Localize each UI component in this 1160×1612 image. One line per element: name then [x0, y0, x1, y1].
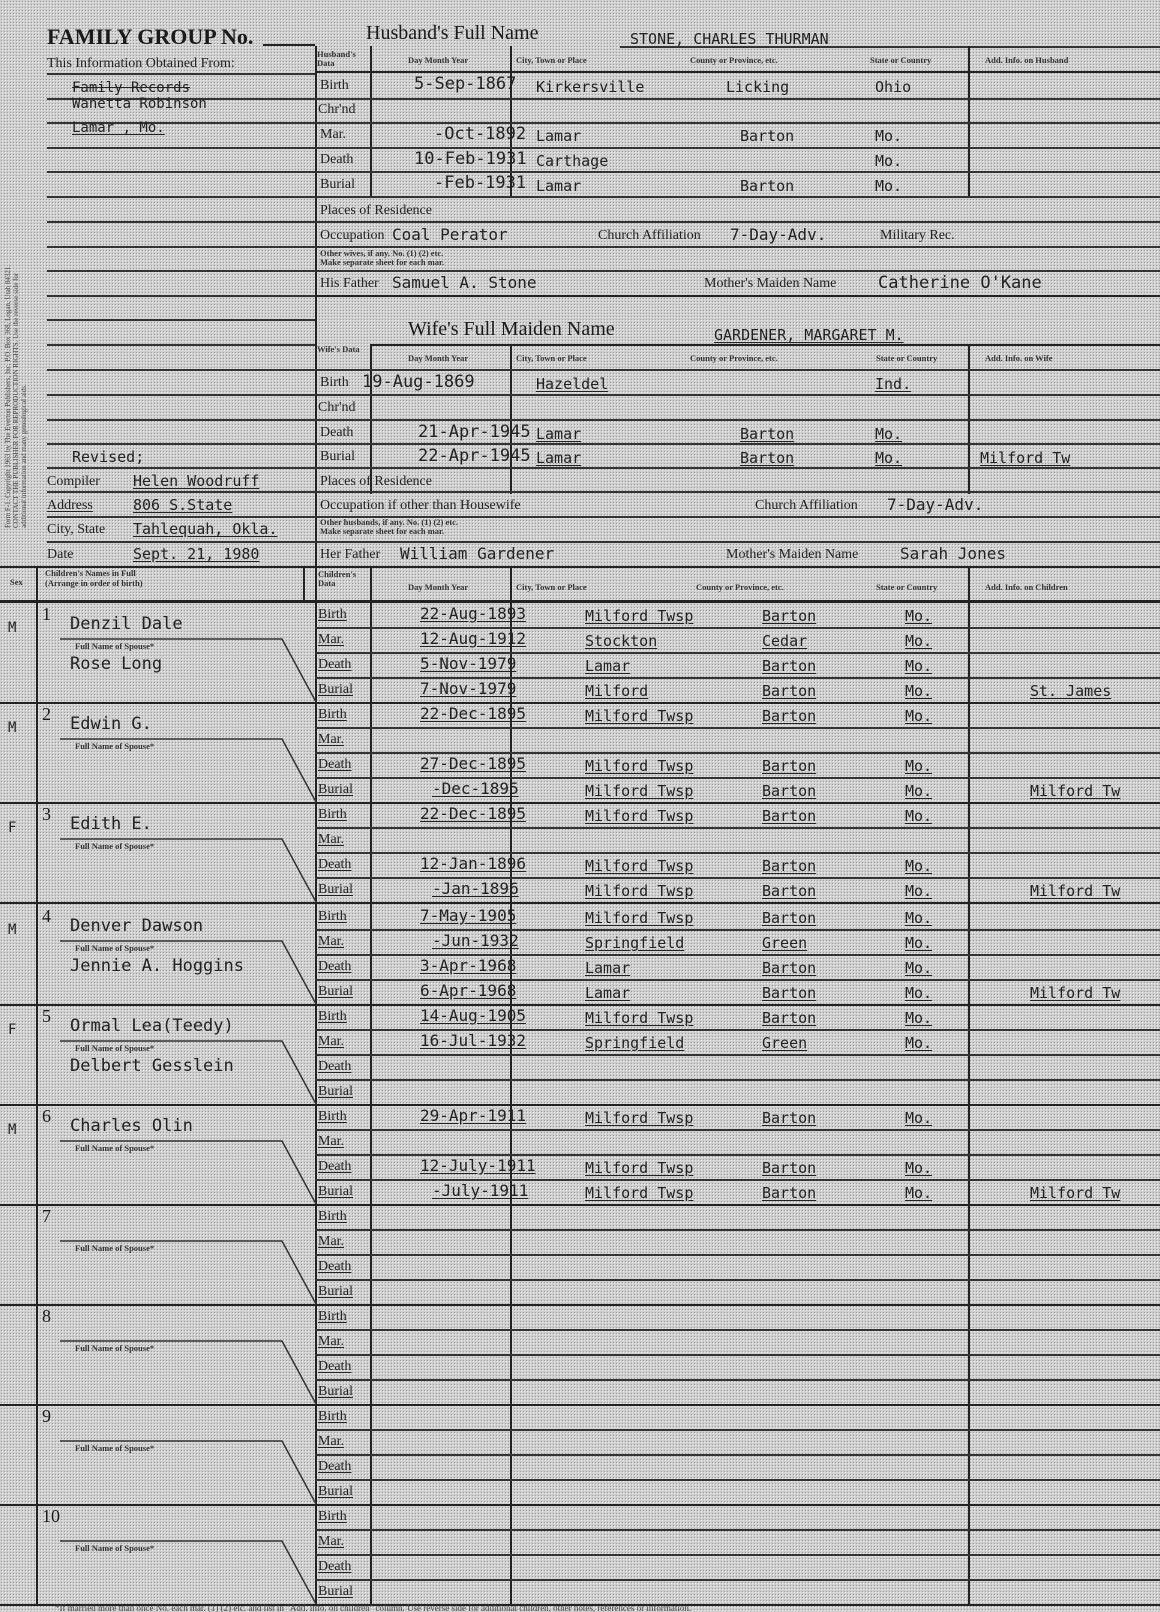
child-event-state: Mo. [905, 1184, 932, 1202]
child-number: 8 [42, 1306, 51, 1327]
child-event-city: Stockton [585, 632, 657, 650]
city-state-label: City, State [47, 522, 105, 538]
children-label-col [370, 566, 372, 1606]
event-date: 19-Aug-1869 [362, 372, 475, 392]
child-name: Denzil Dale [70, 614, 183, 634]
children-names-right [303, 566, 305, 602]
publisher-side-note: Form F-1. Copyright 1963 by The Everton … [4, 258, 44, 528]
event-label: Chr'nd [318, 102, 356, 118]
form-title: FAMILY GROUP No. [47, 24, 253, 50]
child-event-city: Milford Twsp [585, 1184, 693, 1202]
event-label: Mar. [320, 127, 346, 143]
event-state: Ind. [875, 375, 911, 393]
event-city: Kirkersville [536, 78, 644, 96]
child-event-label: Death [318, 1359, 351, 1375]
event-county: Barton [740, 449, 794, 467]
child-event-county: Barton [762, 807, 816, 825]
child-event-city: Springfield [585, 934, 684, 952]
husband-church-label: Church Affiliation [598, 228, 701, 244]
child-event-label: Burial [318, 984, 353, 1000]
event-date: 21-Apr-1945 [418, 422, 531, 442]
child-event-state: Mo. [905, 707, 932, 725]
husband-name-underline [620, 46, 1160, 48]
source-3: Lamar , Mo. [72, 120, 165, 136]
child-event-state: Mo. [905, 857, 932, 875]
event-city: Lamar [536, 177, 581, 195]
wife-mother: Sarah Jones [900, 544, 1006, 563]
event-date: -Feb-1931 [434, 173, 526, 193]
child-sex: M [8, 922, 16, 938]
child-number: 1 [42, 604, 51, 625]
child-row-line [315, 827, 1160, 829]
child-event-city: Lamar [585, 984, 630, 1002]
child-event-date: 3-Apr-1968 [420, 956, 516, 975]
source-2: Wanetta Robinson [72, 96, 207, 112]
child-number: 6 [42, 1106, 51, 1127]
child-event-date: 22-Dec-1895 [420, 804, 526, 823]
col-date-header: Day Month Year [408, 354, 468, 363]
child-event-date: 12-July-1911 [420, 1156, 536, 1175]
child-number: 4 [42, 906, 51, 927]
child-event-date: 22-Dec-1895 [420, 704, 526, 723]
child-sex: M [8, 620, 16, 636]
child-event-city: Milford Twsp [585, 607, 693, 625]
child-event-label: Death [318, 1059, 351, 1075]
spouse-label: Full Name of Spouse* [75, 1144, 154, 1153]
child-event-date: 27-Dec-1895 [420, 754, 526, 773]
child-name: Ormal Lea(Teedy) [70, 1016, 234, 1036]
child-row-line [315, 1129, 1160, 1131]
child-event-date: 16-Jul-1932 [420, 1031, 526, 1050]
child-event-city: Lamar [585, 657, 630, 675]
child-event-county: Barton [762, 757, 816, 775]
spouse-label: Full Name of Spouse* [75, 1044, 154, 1053]
child-event-county: Green [762, 1034, 807, 1052]
child-row-line [315, 1254, 1160, 1256]
child-event-label: Birth [318, 807, 347, 823]
child-name: Edith E. [70, 814, 152, 834]
event-state: Mo. [875, 449, 902, 467]
event-label: Burial [320, 177, 355, 193]
child-event-label: Birth [318, 1109, 347, 1125]
wife-residence-label: Places of Residence [320, 474, 432, 490]
spouse-name: Rose Long [70, 654, 162, 674]
child-event-label: Birth [318, 1309, 347, 1325]
child-event-label: Birth [318, 1509, 347, 1525]
spouse-label: Full Name of Spouse* [75, 842, 154, 851]
col-date-header: Day Month Year [408, 56, 468, 65]
child-number: 5 [42, 1006, 51, 1027]
husband-residence-label: Places of Residence [320, 203, 432, 219]
child-event-label: Burial [318, 1484, 353, 1500]
spouse-label: Full Name of Spouse* [75, 742, 154, 751]
event-label: Chr'nd [318, 400, 356, 416]
child-event-info: Milford Tw [1030, 782, 1120, 800]
wife-grid-top [370, 344, 1160, 346]
child-event-date: 5-Nov-1979 [420, 654, 516, 673]
child-event-date: 14-Aug-1905 [420, 1006, 526, 1025]
child-event-state: Mo. [905, 782, 932, 800]
child-event-state: Mo. [905, 1009, 932, 1027]
other-wives-note-2: Make separate sheet for each mar. [320, 258, 444, 267]
compiler-label: Compiler [47, 474, 100, 490]
child-row-line [315, 1554, 1160, 1556]
child-event-state: Mo. [905, 882, 932, 900]
child-event-county: Barton [762, 984, 816, 1002]
child-event-label: Mar. [318, 1434, 344, 1450]
child-event-city: Milford [585, 682, 648, 700]
child-number: 9 [42, 1406, 51, 1427]
child-sex: F [8, 820, 16, 836]
child-event-state: Mo. [905, 909, 932, 927]
child-event-label: Burial [318, 1284, 353, 1300]
child-event-label: Mar. [318, 732, 344, 748]
child-event-state: Mo. [905, 632, 932, 650]
child-number: 2 [42, 704, 51, 725]
event-city: Lamar [536, 449, 581, 467]
col-state-header: State or Country [870, 56, 931, 65]
event-state: Mo. [875, 177, 902, 195]
child-event-state: Mo. [905, 607, 932, 625]
child-event-date: 29-Apr-1911 [420, 1106, 526, 1125]
child-event-county: Barton [762, 1184, 816, 1202]
child-row-line [315, 1054, 1160, 1056]
event-city: Hazeldel [536, 375, 608, 393]
child-event-state: Mo. [905, 657, 932, 675]
event-label: Birth [320, 78, 349, 94]
group-number-line [263, 44, 315, 46]
child-event-info: Milford Tw [1030, 882, 1120, 900]
event-county: Barton [740, 425, 794, 443]
child-event-label: Birth [318, 607, 347, 623]
child-row-line [315, 1329, 1160, 1331]
children-header-bottom [0, 600, 1160, 603]
col-children-names-header: Children's Names in Full [45, 569, 136, 578]
husband-occupation: Coal Perator [392, 225, 508, 244]
col-sex-header: Sex [10, 578, 23, 587]
event-label: Burial [320, 449, 355, 465]
event-county: Licking [726, 78, 789, 96]
child-event-label: Burial [318, 1384, 353, 1400]
event-state: Mo. [875, 425, 902, 443]
col-city-header: City, Town or Place [516, 583, 587, 592]
child-event-label: Death [318, 959, 351, 975]
event-date: 5-Sep-1867 [414, 74, 516, 94]
col-children-names-sub: (Arrange in order of birth) [45, 579, 143, 588]
child-event-label: Burial [318, 682, 353, 698]
wife-church-label: Church Affiliation [755, 498, 858, 514]
child-event-county: Barton [762, 959, 816, 977]
child-event-label: Mar. [318, 1134, 344, 1150]
child-event-state: Mo. [905, 984, 932, 1002]
compiler-name: Helen Woodruff [133, 472, 259, 490]
child-event-label: Birth [318, 909, 347, 925]
child-event-label: Death [318, 1159, 351, 1175]
col-date-header: Day Month Year [408, 583, 468, 592]
child-event-city: Milford Twsp [585, 757, 693, 775]
event-date: 22-Apr-1945 [418, 446, 531, 466]
child-event-label: Death [318, 1259, 351, 1275]
col-county-header: County or Province, etc. [690, 56, 778, 65]
event-label: Birth [320, 375, 349, 391]
event-state: Mo. [875, 127, 902, 145]
child-event-label: Burial [318, 782, 353, 798]
child-event-label: Birth [318, 1209, 347, 1225]
child-event-county: Barton [762, 1009, 816, 1027]
footer-note: *If married more than once No. each mar.… [55, 1603, 691, 1612]
her-father: William Gardener [400, 544, 554, 563]
child-event-county: Barton [762, 857, 816, 875]
child-event-label: Birth [318, 707, 347, 723]
children-add-col [968, 566, 970, 1606]
husband-label-col [370, 46, 372, 196]
child-name: Charles Olin [70, 1116, 193, 1136]
child-event-info: Milford Tw [1030, 1184, 1120, 1202]
col-add-children-header: Add. Info. on Children [985, 583, 1068, 592]
child-event-label: Death [318, 857, 351, 873]
child-row-line [315, 1454, 1160, 1456]
child-event-date: -Jun-1932 [432, 931, 519, 950]
child-event-label: Mar. [318, 832, 344, 848]
child-event-city: Milford Twsp [585, 909, 693, 927]
col-state-header: State or Country [876, 354, 937, 363]
child-event-county: Barton [762, 1109, 816, 1127]
child-event-date: 12-Aug-1912 [420, 629, 526, 648]
child-event-county: Barton [762, 909, 816, 927]
event-label: Death [320, 152, 353, 168]
spouse-label: Full Name of Spouse* [75, 1444, 154, 1453]
child-event-state: Mo. [905, 682, 932, 700]
compiler-date: Sept. 21, 1980 [133, 545, 259, 563]
wife-name: GARDENER, MARGARET M. [714, 326, 904, 344]
child-sex: M [8, 1122, 16, 1138]
spouse-label: Full Name of Spouse* [75, 1544, 154, 1553]
revised-label: Revised; [72, 448, 144, 466]
child-event-date: 22-Aug-1893 [420, 604, 526, 623]
child-event-label: Death [318, 1559, 351, 1575]
child-event-county: Barton [762, 657, 816, 675]
child-event-label: Death [318, 1459, 351, 1475]
child-event-date: -Dec-1895 [432, 779, 519, 798]
spouse-label: Full Name of Spouse* [75, 642, 154, 651]
event-date: 10-Feb-1931 [414, 149, 527, 169]
child-event-label: Mar. [318, 1334, 344, 1350]
child-event-label: Mar. [318, 1034, 344, 1050]
spouse-name: Delbert Gesslein [70, 1056, 234, 1076]
child-event-label: Mar. [318, 934, 344, 950]
child-event-label: Burial [318, 1584, 353, 1600]
event-label: Death [320, 425, 353, 441]
child-event-state: Mo. [905, 757, 932, 775]
his-father-label: His Father [320, 276, 379, 292]
event-state: Mo. [875, 152, 902, 170]
child-event-city: Milford Twsp [585, 1009, 693, 1027]
child-event-date: -Jan-1896 [432, 879, 519, 898]
wife-data-header: Wife's Data [317, 345, 367, 354]
child-event-label: Death [318, 657, 351, 673]
wife-name-label: Wife's Full Maiden Name [408, 318, 615, 341]
husband-mother-label: Mother's Maiden Name [704, 276, 836, 292]
child-row-line [315, 1479, 1160, 1481]
children-header-top [0, 566, 1160, 568]
his-father: Samuel A. Stone [392, 273, 537, 292]
child-row-line [315, 1279, 1160, 1281]
child-row-line [315, 1429, 1160, 1431]
child-event-state: Mo. [905, 959, 932, 977]
child-row-line [315, 727, 1160, 729]
child-event-date: 12-Jan-1896 [420, 854, 526, 873]
children-sex-col [36, 566, 38, 1606]
obtained-from-label: This Information Obtained From: [47, 56, 235, 72]
spouse-label: Full Name of Spouse* [75, 1244, 154, 1253]
husband-military-label: Military Rec. [880, 228, 955, 244]
child-event-label: Birth [318, 1009, 347, 1025]
child-event-state: Mo. [905, 807, 932, 825]
source-1: Family Records [72, 80, 190, 96]
child-event-state: Mo. [905, 934, 932, 952]
child-event-county: Barton [762, 782, 816, 800]
child-event-state: Mo. [905, 1159, 932, 1177]
child-event-label: Burial [318, 1184, 353, 1200]
event-city: Lamar [536, 425, 581, 443]
child-event-county: Barton [762, 1159, 816, 1177]
child-name: Edwin G. [70, 714, 152, 734]
child-row-line [315, 1354, 1160, 1356]
child-event-county: Barton [762, 707, 816, 725]
child-event-city: Milford Twsp [585, 857, 693, 875]
husband-occupation-label: Occupation [320, 228, 385, 244]
col-state-header: State or Country [876, 583, 937, 592]
child-event-city: Milford Twsp [585, 1109, 693, 1127]
child-name: Denver Dawson [70, 916, 203, 936]
child-row-line [315, 1229, 1160, 1231]
spouse-label: Full Name of Spouse* [75, 1344, 154, 1353]
child-event-label: Mar. [318, 1534, 344, 1550]
child-event-county: Barton [762, 607, 816, 625]
child-event-county: Barton [762, 882, 816, 900]
child-event-label: Mar. [318, 1234, 344, 1250]
child-event-city: Milford Twsp [585, 707, 693, 725]
child-event-city: Milford Twsp [585, 1159, 693, 1177]
event-county: Barton [740, 127, 794, 145]
compiler-city: Tahlequah, Okla. [133, 520, 278, 538]
her-father-label: Her Father [320, 547, 380, 563]
wife-church: 7-Day-Adv. [887, 495, 983, 514]
col-add-wife-header: Add. Info. on Wife [985, 354, 1052, 363]
event-info: Milford Tw [980, 449, 1070, 467]
spouse-name: Jennie A. Hoggins [70, 956, 244, 976]
col-add-husband-header: Add. Info. on Husband [985, 56, 1068, 65]
child-sex: F [8, 1022, 16, 1038]
child-number: 7 [42, 1206, 51, 1227]
child-row-line [315, 1079, 1160, 1081]
event-city: Lamar [536, 127, 581, 145]
husband-name-label: Husband's Full Name [366, 22, 538, 45]
child-event-city: Milford Twsp [585, 807, 693, 825]
child-event-info: St. James [1030, 682, 1111, 700]
child-event-label: Death [318, 757, 351, 773]
col-county-header: County or Province, etc. [690, 354, 778, 363]
date-label: Date [47, 547, 73, 563]
child-event-city: Springfield [585, 1034, 684, 1052]
address-label: Address [47, 498, 93, 514]
event-date: -Oct-1892 [434, 124, 526, 144]
child-row-line [315, 1379, 1160, 1381]
child-event-label: Mar. [318, 632, 344, 648]
compiler-address: 806 S.State [133, 496, 232, 514]
col-county-header: County or Province, etc. [696, 583, 784, 592]
child-event-label: Burial [318, 1084, 353, 1100]
event-county: Barton [740, 177, 794, 195]
child-event-info: Milford Tw [1030, 984, 1120, 1002]
child-event-city: Lamar [585, 959, 630, 977]
child-number: 3 [42, 804, 51, 825]
other-husbands-note-2: Make separate sheet for each mar. [320, 527, 444, 536]
col-city-header: City, Town or Place [516, 354, 587, 363]
child-event-state: Mo. [905, 1034, 932, 1052]
child-event-label: Birth [318, 1409, 347, 1425]
husband-data-header: Husband's Data [317, 50, 367, 68]
child-event-state: Mo. [905, 1109, 932, 1127]
child-event-county: Cedar [762, 632, 807, 650]
child-event-date: -July-1911 [432, 1181, 528, 1200]
col-city-header: City, Town or Place [516, 56, 587, 65]
child-event-county: Green [762, 934, 807, 952]
child-event-date: 7-May-1905 [420, 906, 516, 925]
child-event-city: Milford Twsp [585, 782, 693, 800]
child-event-date: 7-Nov-1979 [420, 679, 516, 698]
husband-add-col [968, 46, 970, 196]
child-event-label: Burial [318, 882, 353, 898]
child-event-date: 6-Apr-1968 [420, 981, 516, 1000]
husband-church: 7-Day-Adv. [730, 225, 826, 244]
wife-occupation-label: Occupation if other than Housewife [320, 498, 521, 514]
wife-mother-label: Mother's Maiden Name [726, 547, 858, 563]
child-row-line [315, 1579, 1160, 1581]
event-state: Ohio [875, 78, 911, 96]
child-event-city: Milford Twsp [585, 882, 693, 900]
children-data-header: Children's Data [318, 570, 363, 588]
spouse-label: Full Name of Spouse* [75, 944, 154, 953]
event-city: Carthage [536, 152, 608, 170]
husband-mother: Catherine O'Kane [878, 273, 1042, 293]
child-event-county: Barton [762, 682, 816, 700]
child-row-line [315, 1529, 1160, 1531]
child-sex: M [8, 720, 16, 736]
child-number: 10 [42, 1506, 60, 1527]
